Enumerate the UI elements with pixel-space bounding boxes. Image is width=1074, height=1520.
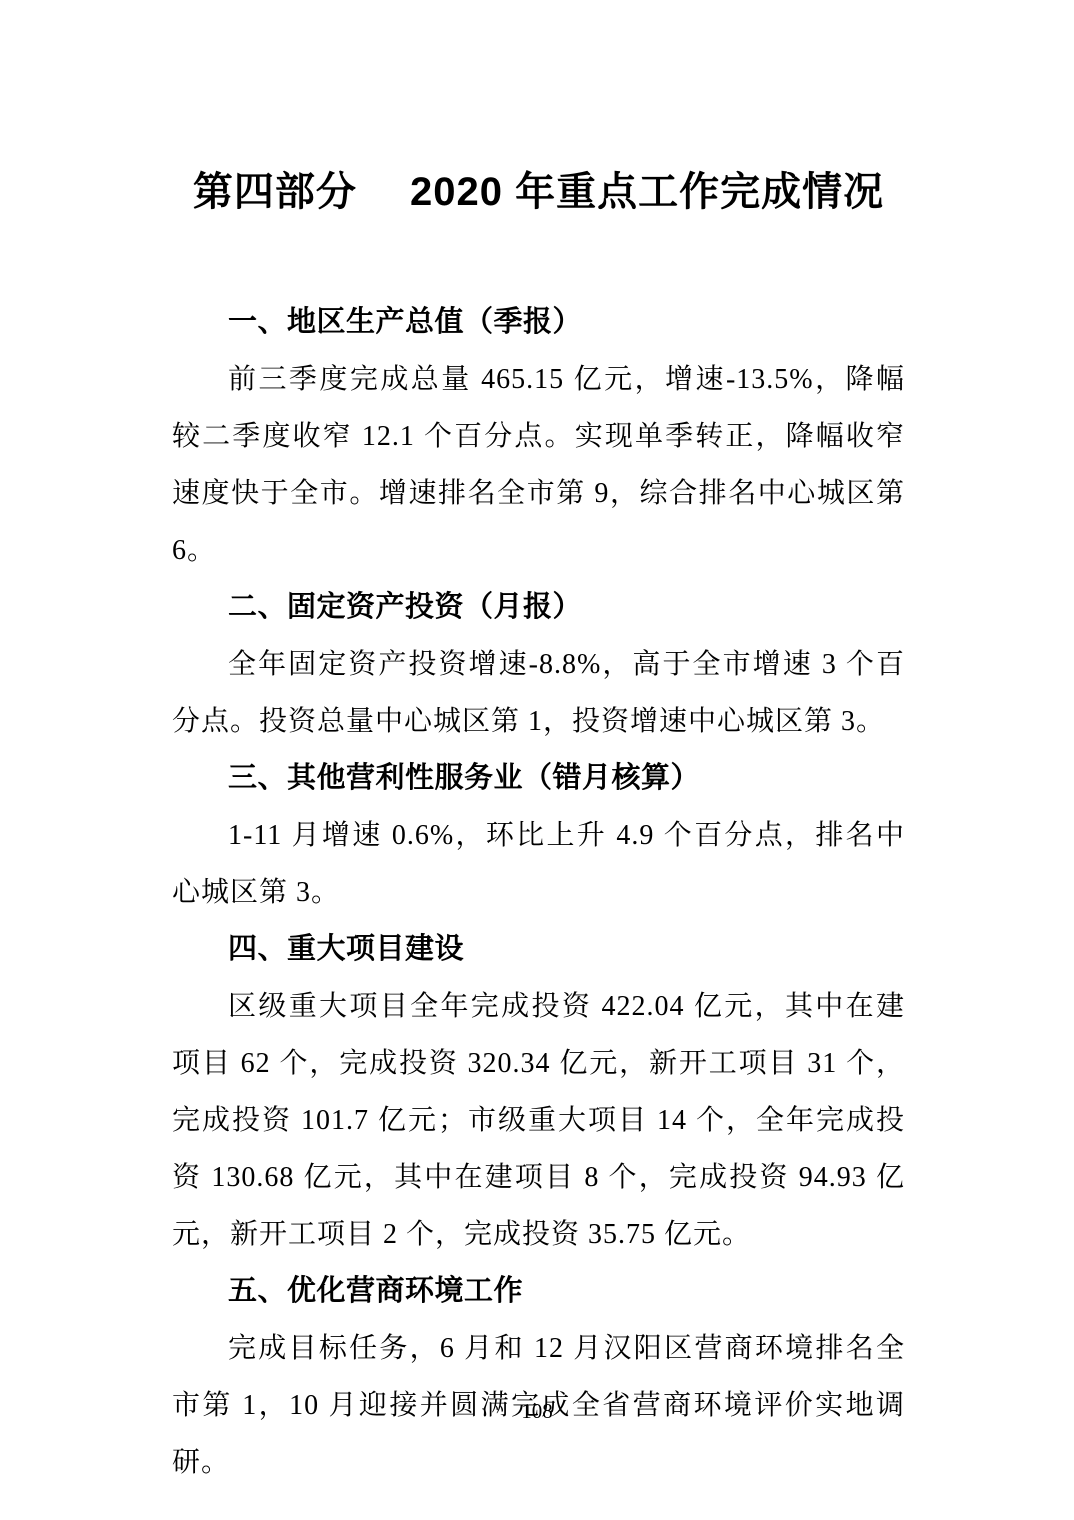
section-gdp-paragraph: 前三季度完成总量 465.15 亿元，增速-13.5%，降幅较二季度收窄 12.… xyxy=(172,351,905,579)
section-major-projects-paragraph: 区级重大项目全年完成投资 422.04 亿元，其中在建项目 62 个，完成投资 … xyxy=(172,978,905,1263)
document-body: 一、地区生产总值（季报） 前三季度完成总量 465.15 亿元，增速-13.5%… xyxy=(172,294,905,1491)
section-gdp-heading: 一、地区生产总值（季报） xyxy=(172,294,905,351)
section-fixed-asset-investment-paragraph: 全年固定资产投资增速-8.8%，高于全市增速 3 个百分点。投资总量中心城区第 … xyxy=(172,636,905,750)
page-number: 108 xyxy=(0,1398,1074,1424)
document-page: 第四部分 2020 年重点工作完成情况 一、地区生产总值（季报） 前三季度完成总… xyxy=(0,0,1074,1520)
section-business-environment-heading: 五、优化营商环境工作 xyxy=(172,1263,905,1320)
section-fixed-asset-investment: 二、固定资产投资（月报） 全年固定资产投资增速-8.8%，高于全市增速 3 个百… xyxy=(172,579,905,750)
section-other-profit-services-heading: 三、其他营利性服务业（错月核算） xyxy=(172,750,905,807)
section-major-projects: 四、重大项目建设 区级重大项目全年完成投资 422.04 亿元，其中在建项目 6… xyxy=(172,921,905,1263)
section-major-projects-heading: 四、重大项目建设 xyxy=(172,921,905,978)
section-gdp: 一、地区生产总值（季报） 前三季度完成总量 465.15 亿元，增速-13.5%… xyxy=(172,294,905,579)
section-other-profit-services: 三、其他营利性服务业（错月核算） 1-11 月增速 0.6%，环比上升 4.9 … xyxy=(172,750,905,921)
section-business-environment: 五、优化营商环境工作 完成目标任务，6 月和 12 月汉阳区营商环境排名全市第 … xyxy=(172,1263,905,1491)
document-title: 第四部分 2020 年重点工作完成情况 xyxy=(172,168,905,216)
section-other-profit-services-paragraph: 1-11 月增速 0.6%，环比上升 4.9 个百分点，排名中心城区第 3。 xyxy=(172,807,905,921)
section-fixed-asset-investment-heading: 二、固定资产投资（月报） xyxy=(172,579,905,636)
